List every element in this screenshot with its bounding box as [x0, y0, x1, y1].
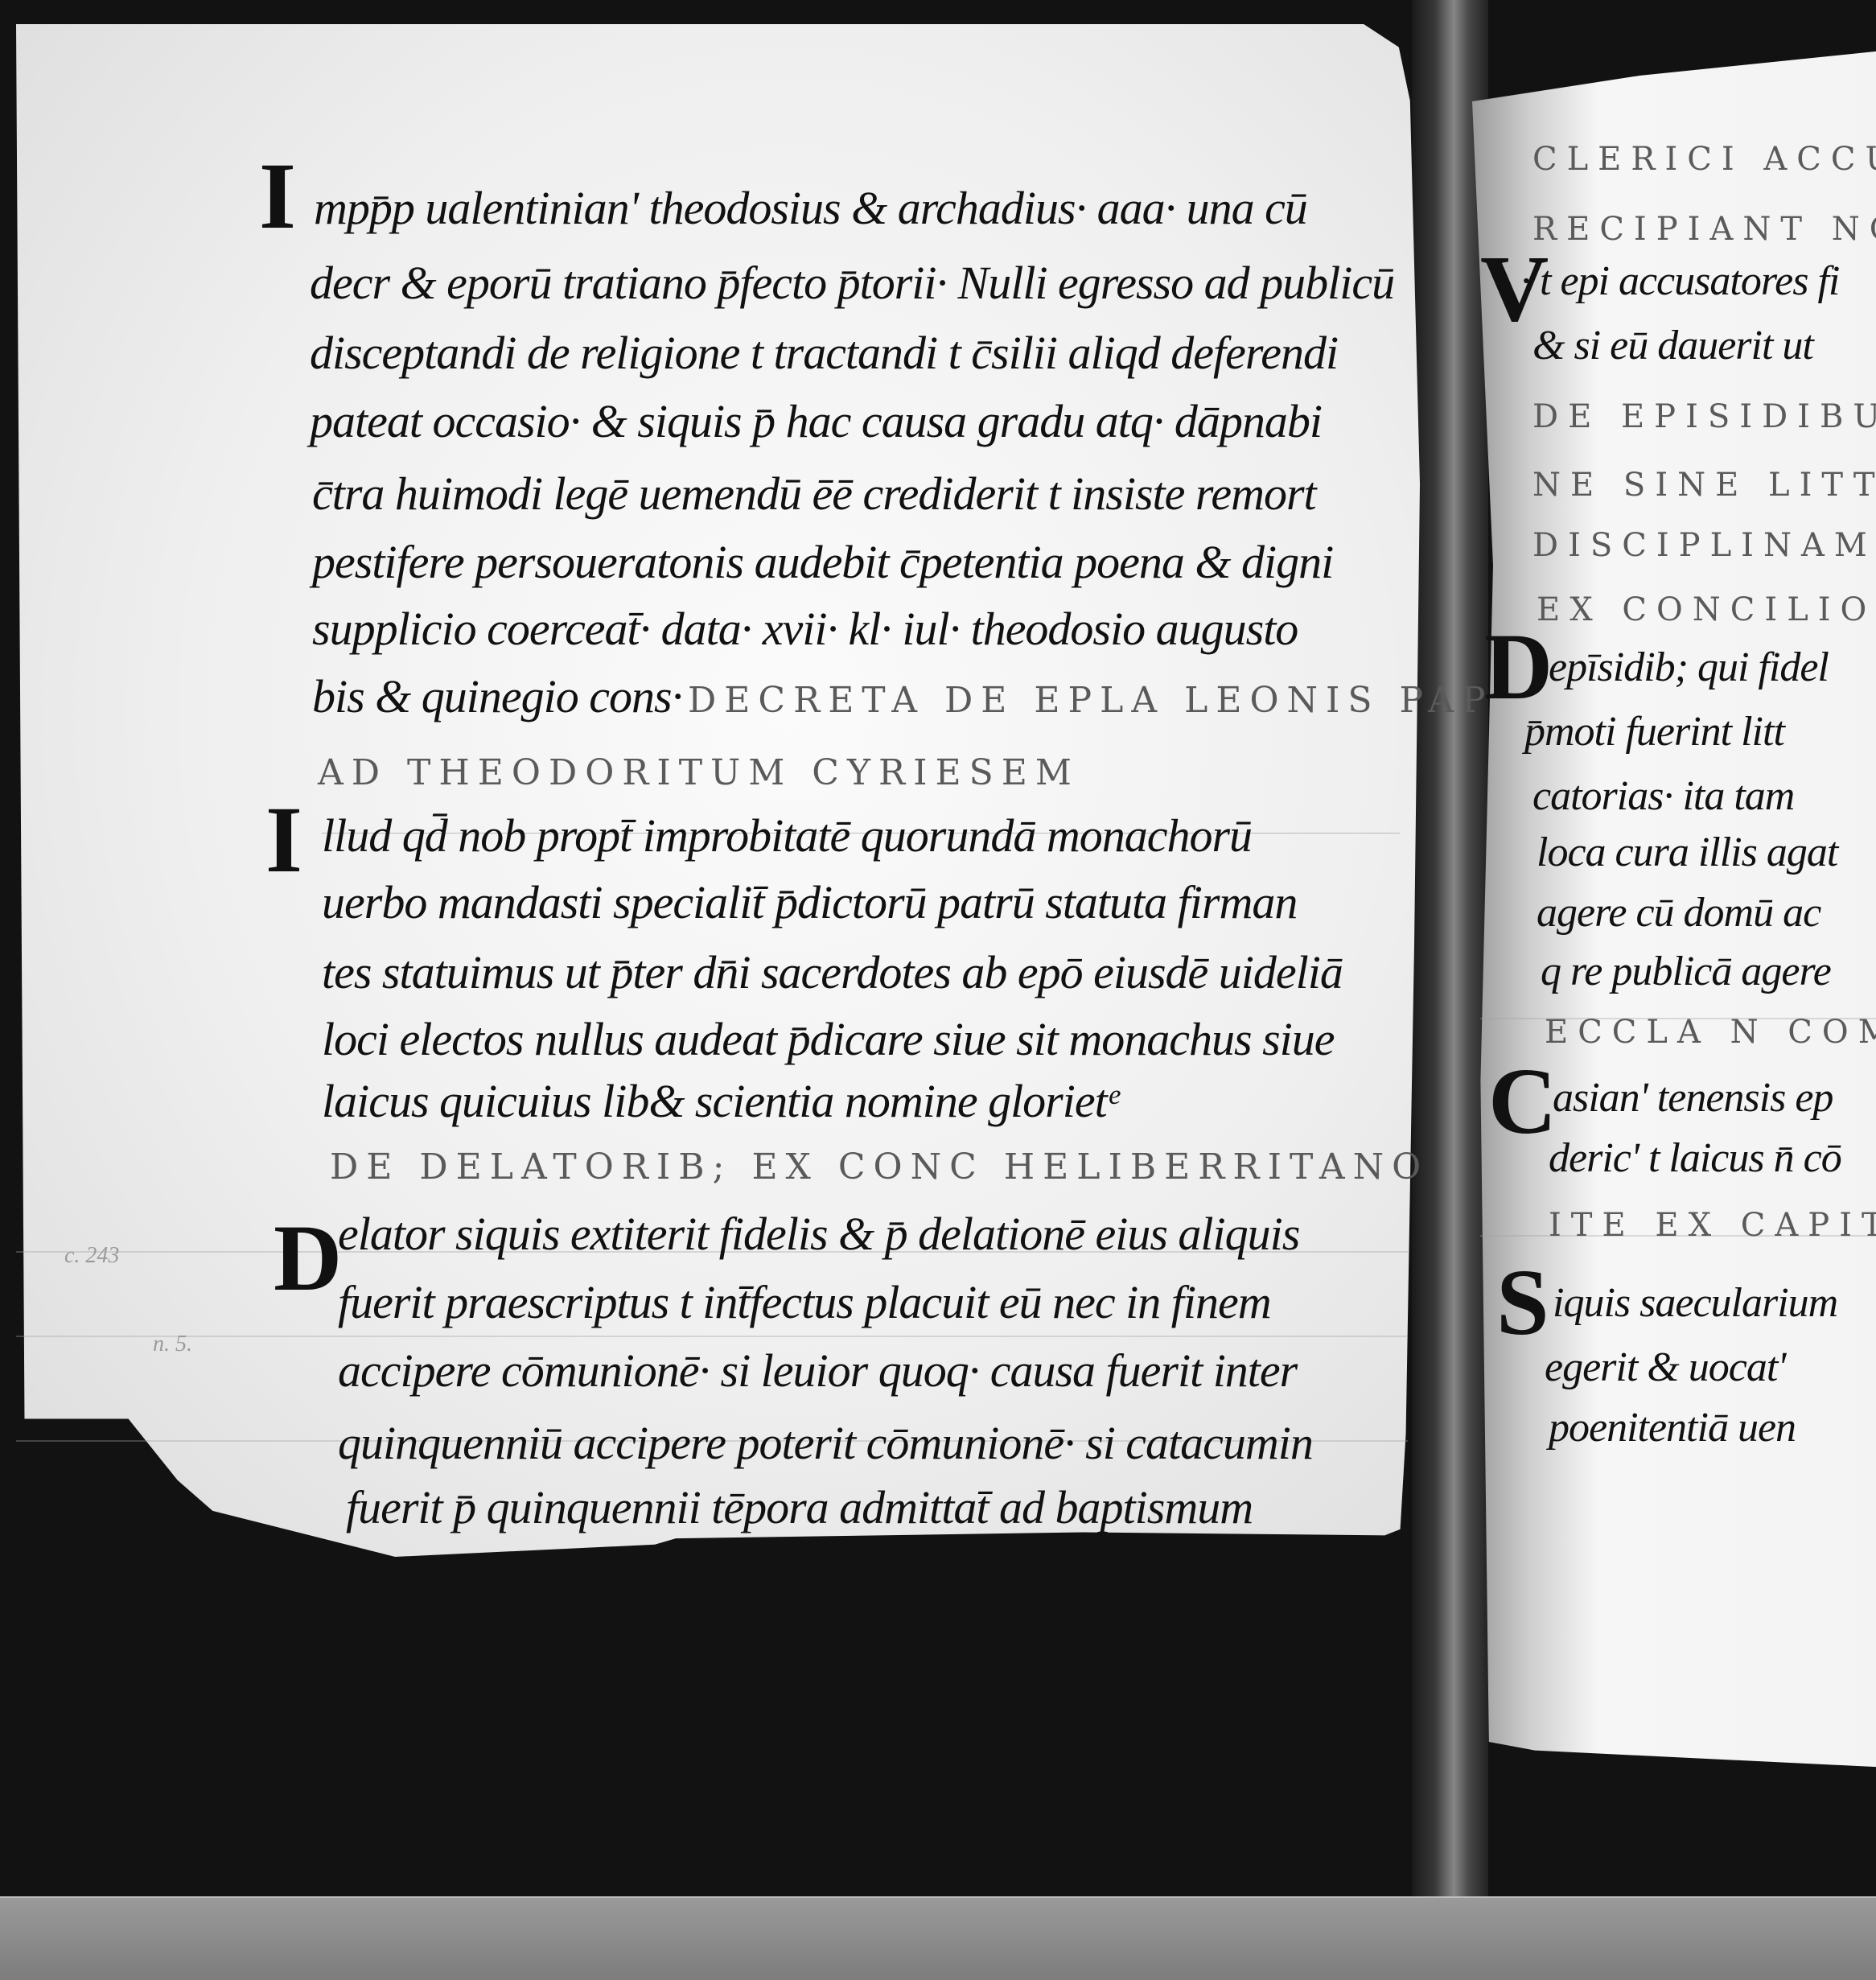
rubric-heading: EX CONCILIO AR [1537, 591, 1876, 628]
rubric-heading: CLERICI ACCUSAT [1532, 141, 1876, 178]
text-line: mpp̄p ualentinian' theodosius & archadiu… [314, 181, 1307, 235]
text-line: disceptandi de religione t tractandi t c… [310, 326, 1338, 380]
text-line: fuerit p̄ quinquennii tēpora admittat̄ a… [346, 1480, 1253, 1534]
text-line: agere cū domū ac [1537, 889, 1820, 936]
text-line: & si eū dauerit ut [1532, 322, 1813, 369]
text-line: q re publicā agere [1541, 948, 1831, 995]
initial-D: D [1484, 620, 1553, 714]
text-line: pestifere persoueratonis audebit c̄peten… [312, 535, 1333, 589]
text-line: iquis saecularium [1553, 1279, 1837, 1327]
text-line: decr & eporū tratiano p̄fecto p̄torii· N… [310, 256, 1394, 310]
text-line: bis & quinegio cons· [312, 669, 682, 723]
rubric-heading: DECRETA DE EPLA LEONIS PAP [688, 680, 1493, 721]
text-line: asian' tenensis ep [1553, 1074, 1833, 1122]
text-line: loca cura illis agat [1537, 829, 1837, 876]
rubric-heading: AD THEODORITUM CYRIESEM [318, 752, 1080, 793]
rubric-heading: DE EPISIDIBUS T CE [1532, 398, 1876, 435]
rubric-heading: ITE EX CAPITUL [1549, 1207, 1876, 1244]
text-line: elator siquis extiterit fidelis & p̄ del… [338, 1207, 1299, 1261]
margin-note: c. 243 [64, 1243, 119, 1269]
text-line: c̄tra huimodi legē uemendū ēē crediderit… [312, 467, 1316, 521]
text-line: quinquenniū accipere poterit cōmunionē· … [338, 1416, 1313, 1470]
text-line: llud qd̄ nob propt̄ improbitatē quorundā… [322, 809, 1252, 862]
initial-I: I [259, 149, 296, 244]
initial-C: C [1488, 1054, 1557, 1149]
text-line: accipere cōmunionē· si leuior quoq· caus… [338, 1344, 1297, 1398]
text-line: laicus quicuius lib& scientia nomine glo… [322, 1074, 1118, 1128]
rubric-heading: NE SINE LITTER [1532, 467, 1876, 504]
text-line: fuerit praescriptus t int̄fectus placuit… [338, 1275, 1271, 1329]
ruling-line [16, 1336, 1408, 1337]
rubric-heading: DE DELATORIB; EX CONC HELIBERRITANO [330, 1146, 1429, 1188]
text-line: loci electos nullus audeat p̄dicare siue… [322, 1012, 1335, 1066]
rubric-heading: ECCLA N COMMUN [1545, 1014, 1876, 1051]
text-line: poenitentiā uen [1549, 1404, 1796, 1451]
initial-S: S [1496, 1255, 1549, 1350]
text-line: p̄moti fuerint litt [1524, 708, 1784, 755]
initial-I: I [265, 792, 302, 887]
text-line: supplicio coerceat̄· data· xvii· kl· iul… [312, 602, 1298, 656]
text-line: epīsidib; qui fidel [1549, 644, 1829, 691]
text-line: · t epi accusatores fi [1520, 257, 1839, 305]
margin-note: n. 5. [153, 1332, 192, 1357]
text-line: tes statuimus ut p̄ter dn̄i sacerdotes a… [322, 945, 1343, 999]
text-line: deric' t laicus n̄ cō [1549, 1134, 1841, 1182]
text-line: pateat occasio· & siquis p̄ hac causa gr… [310, 394, 1322, 448]
rubric-heading: RECIPIANT NON [1532, 211, 1876, 248]
initial-D: D [274, 1211, 342, 1306]
book-gutter-shadow [1412, 0, 1488, 1896]
scan-bottom-band [0, 1896, 1876, 1980]
text-line: egerit & uocat' [1545, 1344, 1785, 1391]
rubric-heading: DISCIPLINAM EG [1532, 527, 1876, 564]
text-line: uerbo mandasti specialit̄ p̄dictorū patr… [322, 875, 1297, 929]
text-line: catorias· ita tam [1532, 772, 1794, 820]
